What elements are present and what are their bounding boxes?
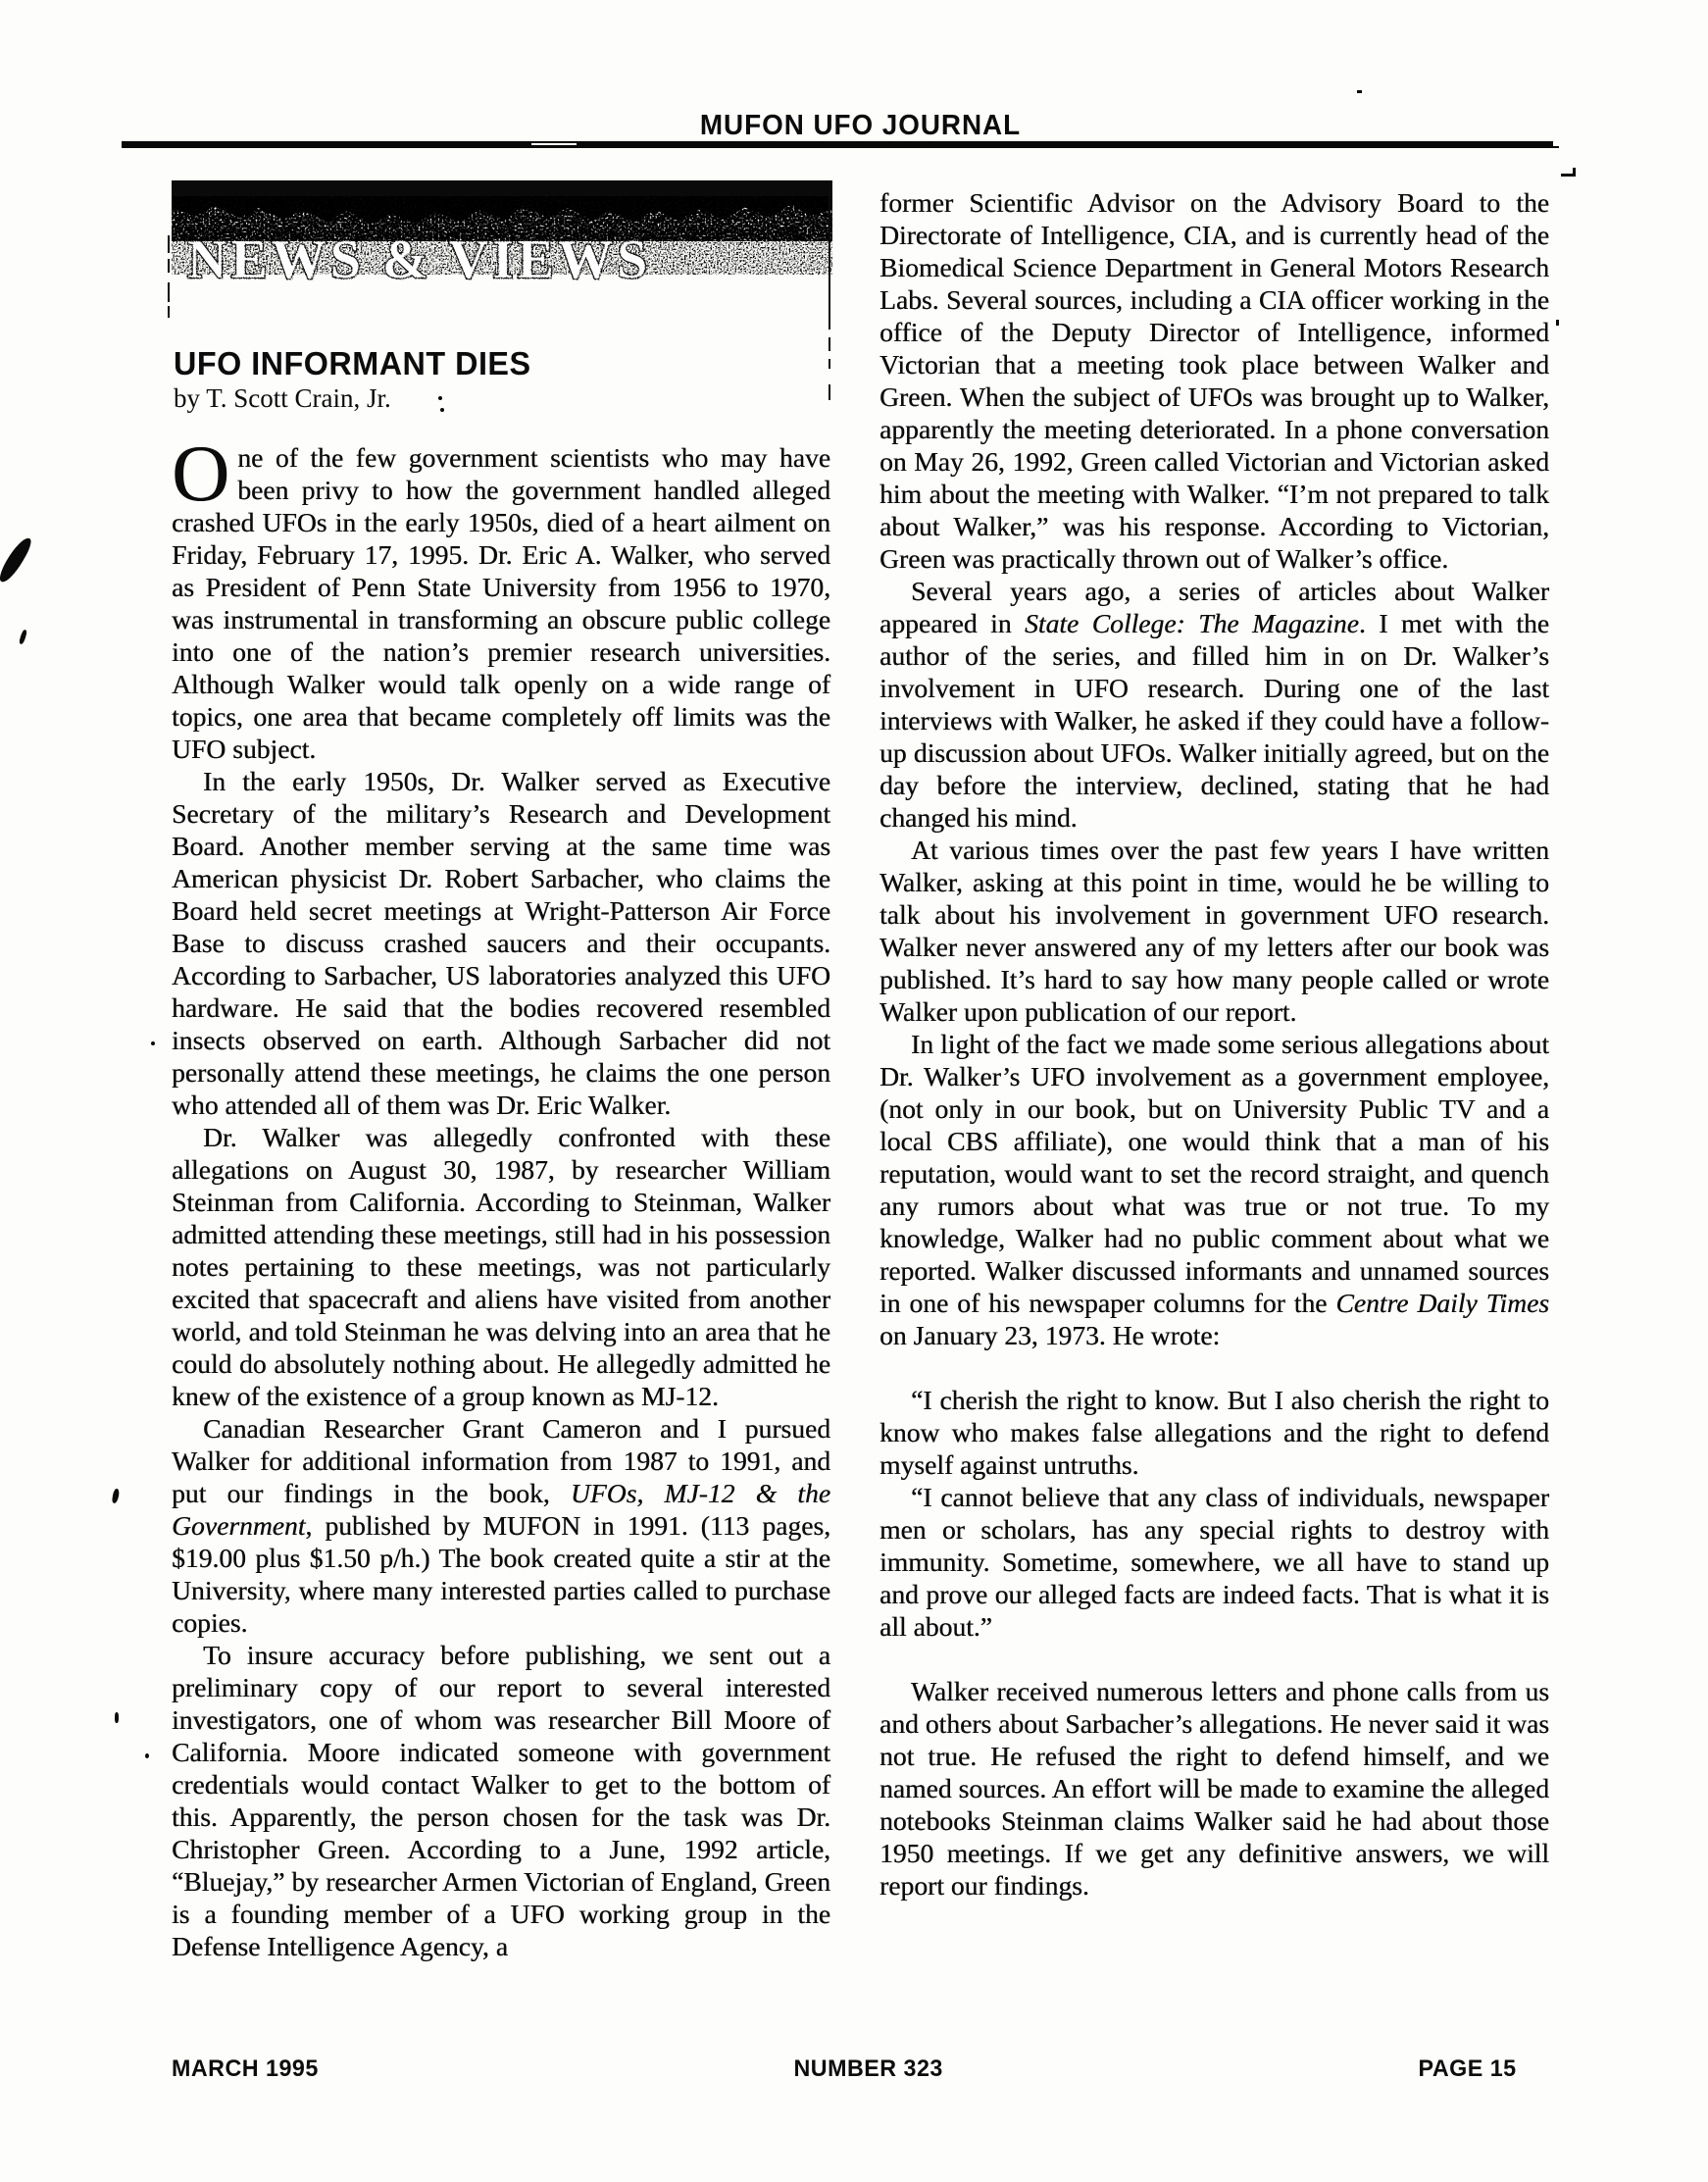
text-run: on January 23, 1973. He wrote: [879,1320,1220,1350]
text-run: “I cherish the right to know. But I also… [879,1385,1549,1480]
scan-mark [115,1712,119,1723]
journal-masthead: MUFON UFO JOURNAL [199,110,1522,142]
page-footer: MARCH 1995 NUMBER 323 PAGE 15 [172,2055,1517,2083]
banner-graphic: NEWS & VIEWS [172,180,832,284]
text-run: . I met with the author of the series, a… [879,608,1549,833]
left-column-body: One of the few government scientists who… [172,441,830,1962]
scan-mark [19,630,27,645]
news-and-views-banner: NEWS & VIEWS [172,180,832,284]
footer-issue-date: MARCH 1995 [172,2055,319,2083]
article-title: UFO INFORMANT DIES [174,347,818,381]
scan-mark [1357,90,1362,93]
pen-mark [0,536,35,584]
header-rule [122,141,1553,148]
banner-title: NEWS & VIEWS [187,229,651,284]
article-byline: by T. Scott Crain, Jr. [174,383,830,413]
paragraph: One of the few government scientists who… [172,441,830,765]
scan-mark [438,396,442,400]
scan-mark [1556,320,1559,326]
paragraph: In the early 1950s, Dr. Walker served as… [172,765,830,1121]
italic-text-run: State College: The Magazine [1025,608,1359,638]
left-column: NEWS & VIEWS UFO INFORMANT DIES by T. Sc… [172,180,830,1962]
banner-left-dash [168,282,170,302]
text-run: former Scientific Advisor on the Advisor… [879,187,1549,574]
scan-mark [151,1041,155,1045]
text-run: At various times over the past few years… [879,835,1549,1027]
journal-page: MUFON UFO JOURNAL [0,0,1708,2182]
paragraph: “I cherish the right to know. But I also… [879,1384,1549,1481]
paragraph: “I cannot believe that any class of indi… [879,1481,1549,1643]
banner-edge-dash [829,337,830,351]
footer-page-number: PAGE 15 [1419,2055,1517,2083]
scan-mark [1573,168,1576,175]
text-run: Walker received numerous letters and pho… [879,1676,1549,1901]
text-run: ne of the few government scientists who … [172,442,830,764]
italic-text-run: Centre Daily Times [1335,1288,1549,1318]
text-run: To insure accuracy before publishing, we… [172,1640,830,1961]
drop-cap: O [172,441,237,503]
paragraph: At various times over the past few years… [879,834,1549,1028]
banner-left-dash [168,259,170,273]
scan-mark [112,1489,121,1504]
text-run: In the early 1950s, Dr. Walker served as… [172,766,830,1120]
banner-edge-dash [829,359,830,369]
banner-left-dash [168,235,170,253]
scan-mark [145,1753,149,1758]
paragraph: Walker received numerous letters and pho… [879,1675,1549,1902]
banner-edge-dash [829,384,830,400]
banner-left-dash [168,306,170,318]
paragraph: Dr. Walker was allegedly confronted with… [172,1121,830,1412]
right-column: former Scientific Advisor on the Advisor… [879,186,1549,1902]
paragraph: Canadian Researcher Grant Cameron and I … [172,1412,830,1639]
right-column-body: former Scientific Advisor on the Advisor… [879,186,1549,1902]
paragraph: former Scientific Advisor on the Advisor… [879,186,1549,575]
text-run: “I cannot believe that any class of indi… [879,1482,1549,1642]
paragraph: Several years ago, a series of articles … [879,575,1549,834]
footer-issue-number: NUMBER 323 [793,2055,942,2083]
paragraph: To insure accuracy before publishing, we… [172,1639,830,1962]
text-run: In light of the fact we made some seriou… [879,1029,1549,1318]
text-run: Dr. Walker was allegedly confronted with… [172,1122,830,1411]
banner-edge-line [829,182,830,330]
paragraph: In light of the fact we made some seriou… [879,1028,1549,1351]
